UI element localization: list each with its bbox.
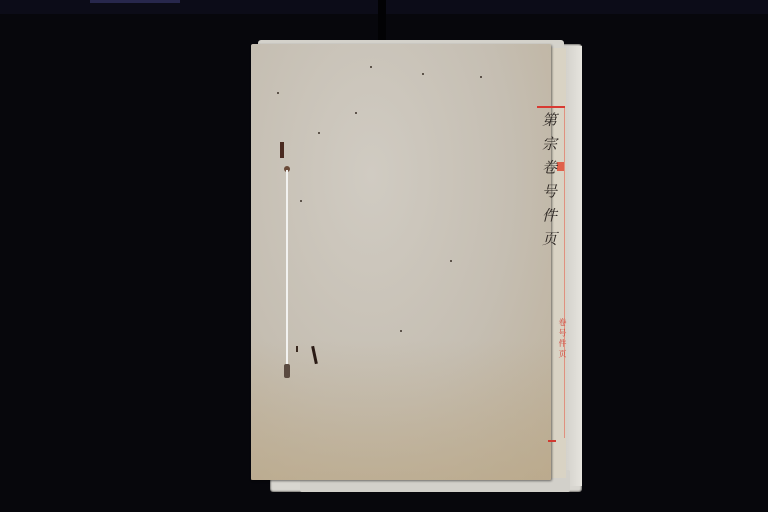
background-glow xyxy=(90,0,180,3)
binding-knot-bottom xyxy=(284,364,290,378)
speck xyxy=(277,92,279,94)
red-rule-vertical xyxy=(564,108,565,438)
speck xyxy=(318,132,320,134)
binding-string xyxy=(286,170,288,366)
speck xyxy=(300,200,302,202)
background-seam xyxy=(378,0,386,40)
binding-mark-top xyxy=(280,142,284,158)
speck xyxy=(355,112,357,114)
cover-stain xyxy=(251,340,551,480)
ink-mark xyxy=(296,346,298,352)
red-printed-label: 卷 号 件 页 xyxy=(560,318,570,358)
speck xyxy=(370,66,372,68)
speck xyxy=(480,76,482,78)
handwritten-label: 第 宗 卷 号 件 页 xyxy=(538,112,560,452)
speck xyxy=(422,73,424,75)
speck xyxy=(400,330,402,332)
red-rule-top xyxy=(537,106,565,108)
speck xyxy=(450,260,452,262)
